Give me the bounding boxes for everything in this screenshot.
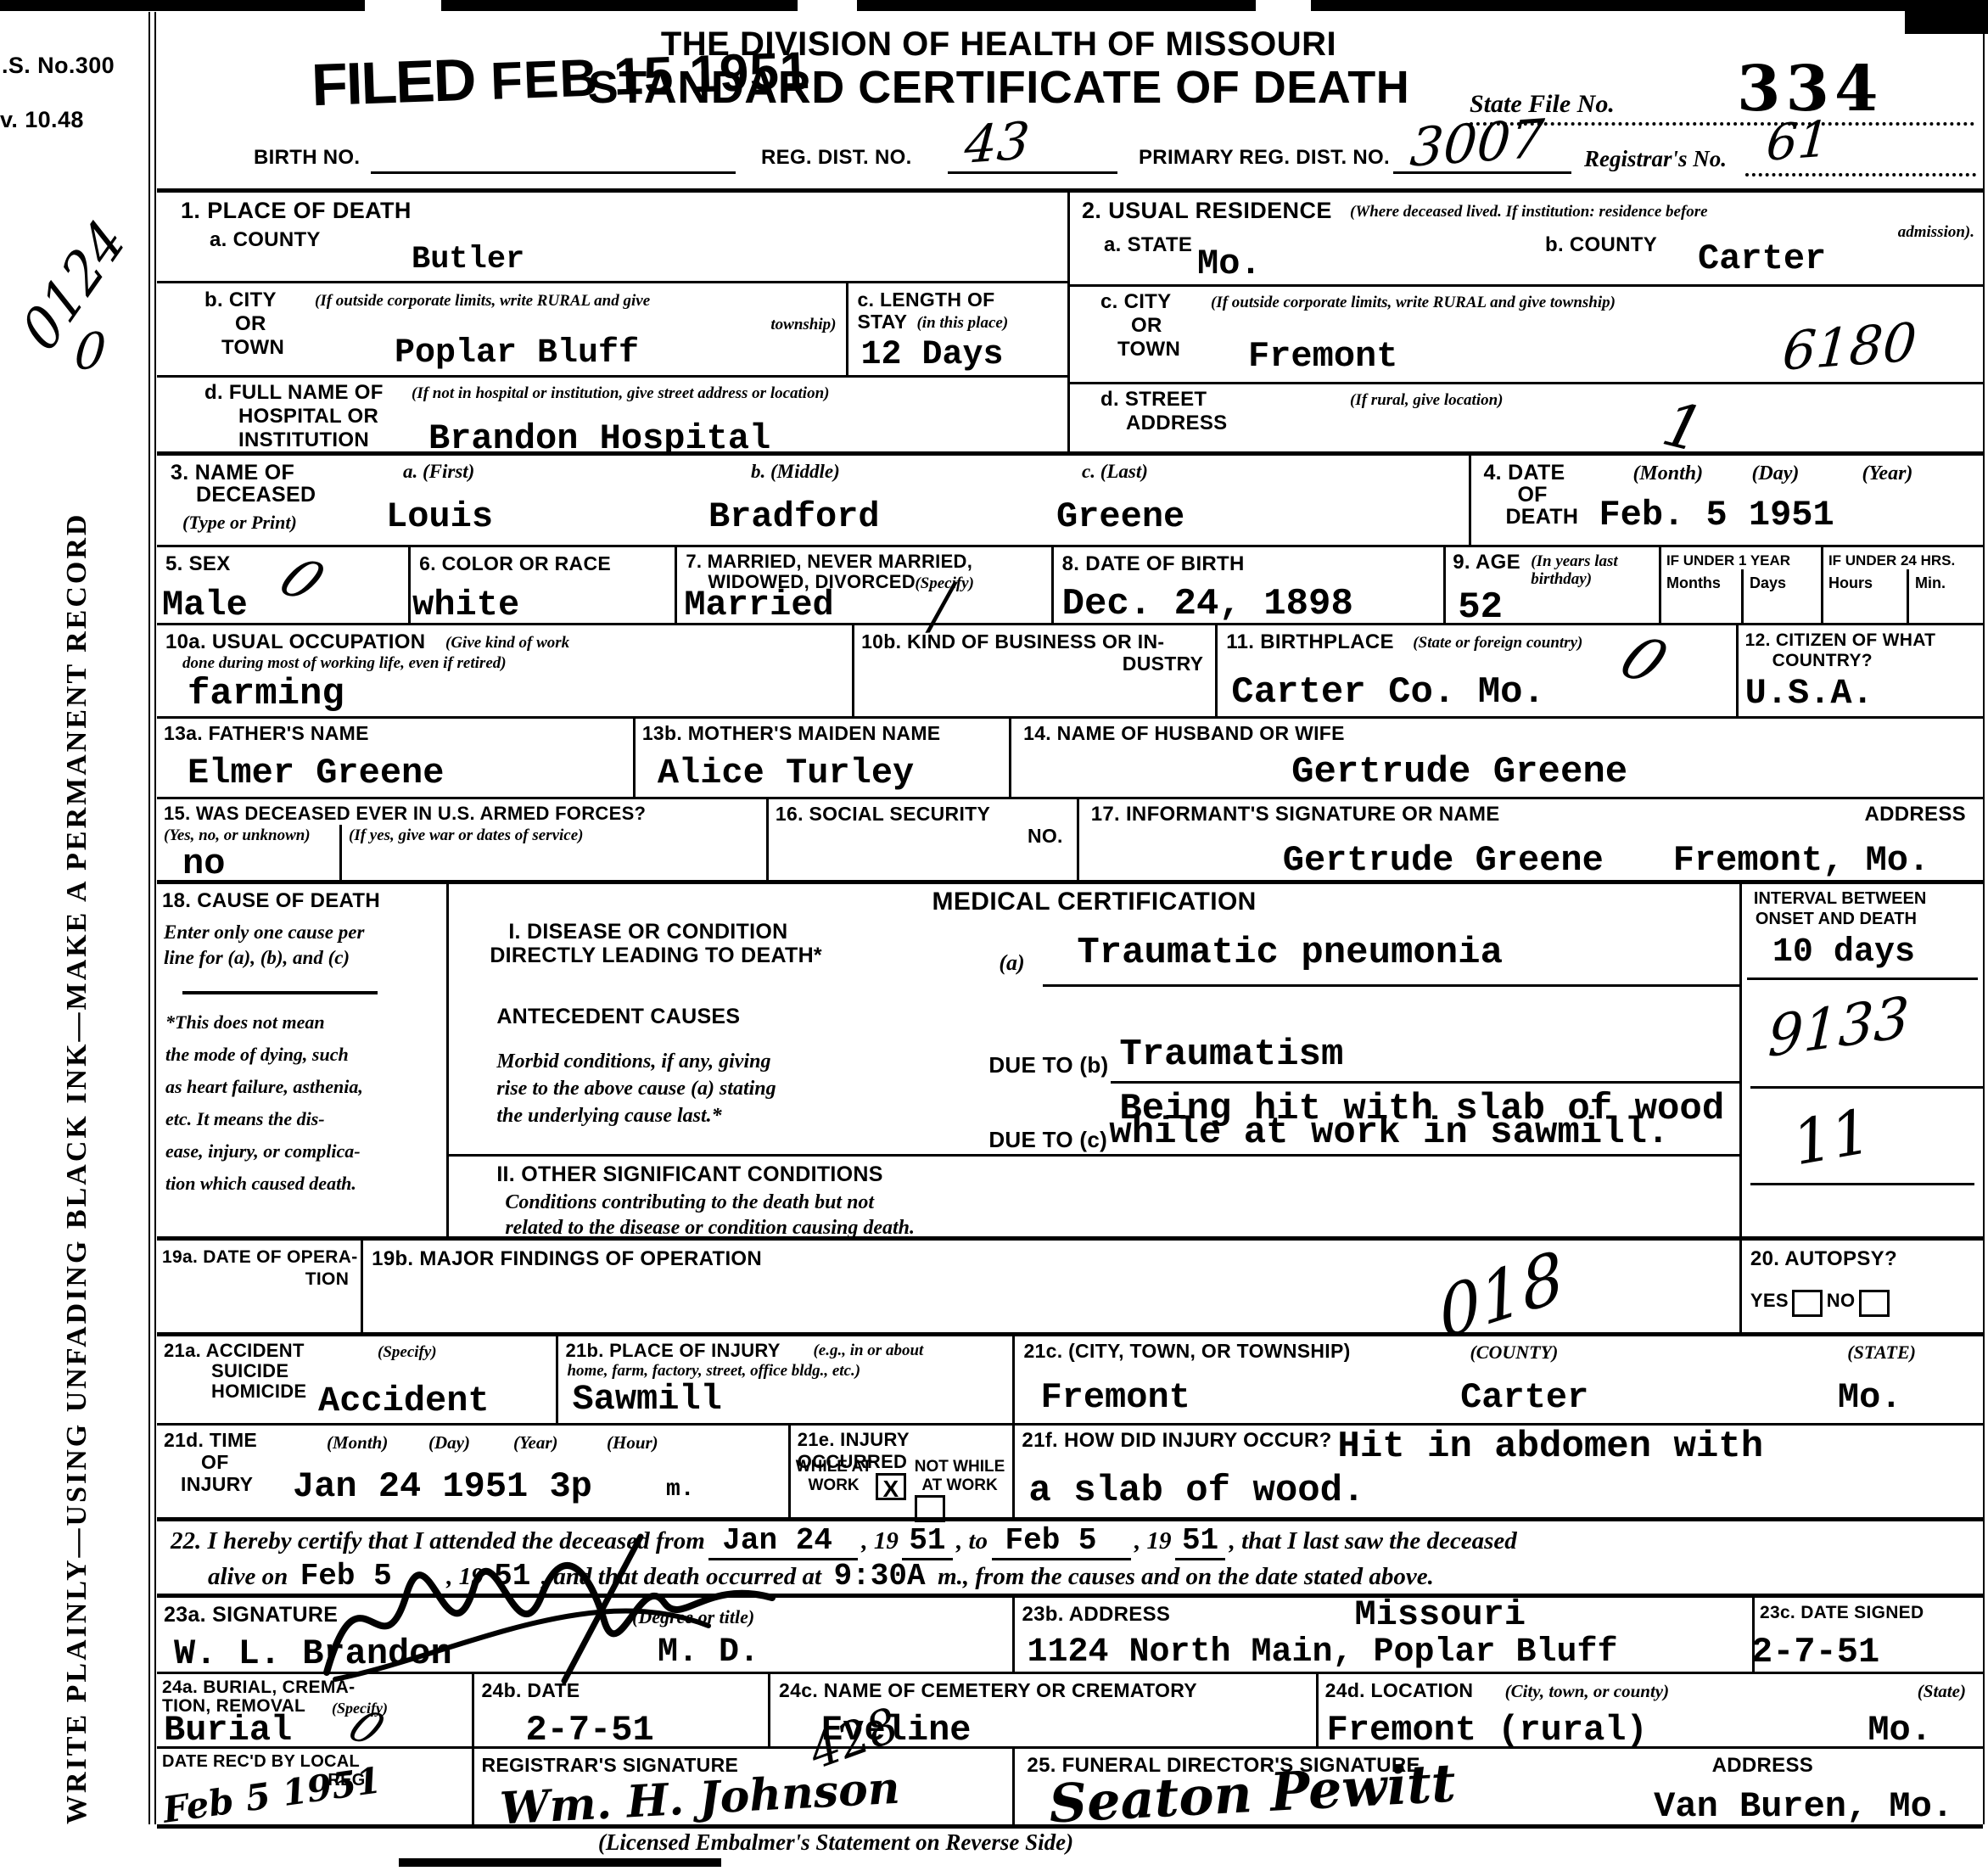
injury-county-value: Carter bbox=[1460, 1377, 1588, 1418]
section-father-name: 13a. FATHER'S NAME Elmer Greene bbox=[157, 719, 636, 797]
date-of-death-label: 4. DATE bbox=[1483, 461, 1565, 485]
dod-month-label: (Month) bbox=[1632, 462, 1703, 485]
burial-date-value: 2-7-51 bbox=[525, 1710, 653, 1751]
residence-city-handwritten: 6180 bbox=[1781, 311, 1919, 383]
informant-name-value: Gertrude Greene bbox=[1283, 840, 1604, 881]
last-name-label: c. (Last) bbox=[1082, 461, 1148, 483]
scan-artifact bbox=[0, 0, 1988, 11]
interval-a-value: 10 days bbox=[1772, 933, 1915, 972]
section-injury-location: 21c. (CITY, TOWN, OR TOWNSHIP) (COUNTY) … bbox=[1015, 1336, 1983, 1423]
section-burial: 24a. BURIAL, CREMA- TION, REMOVAL (Speci… bbox=[157, 1674, 474, 1746]
injury-state-label: (STATE) bbox=[1847, 1342, 1916, 1364]
autopsy-yes-checkbox bbox=[1792, 1290, 1823, 1317]
section-place-of-death: 1. PLACE OF DEATH a. COUNTY Butler b. CI… bbox=[157, 193, 1070, 451]
section-business-industry: 10b. KIND OF BUSINESS OR IN- DUSTRY bbox=[854, 625, 1218, 716]
autopsy-no-label: NO bbox=[1827, 1290, 1856, 1311]
street-address-label: d. STREET bbox=[1100, 388, 1207, 412]
residence-state-value: Mo. bbox=[1197, 244, 1262, 284]
form-number: .S. No.300 bbox=[2, 53, 115, 79]
burial-location-value: Fremont (rural) bbox=[1327, 1710, 1648, 1751]
father-name-value: Elmer Greene bbox=[188, 753, 444, 793]
section-spouse-name: 14. NAME OF HUSBAND OR WIFE Gertrude Gre… bbox=[1011, 719, 1983, 797]
name-deceased-label: 3. NAME OF bbox=[171, 461, 294, 485]
marital-status-value: Married bbox=[684, 585, 833, 625]
occupation-value: farming bbox=[188, 673, 344, 715]
physician-address-state: Missouri bbox=[1354, 1594, 1526, 1635]
birthplace-handwritten-mark: 0 bbox=[1609, 624, 1678, 697]
citizen-value: U.S.A. bbox=[1745, 673, 1873, 714]
sex-value: Male bbox=[162, 585, 248, 625]
injury-city-value: Fremont bbox=[1040, 1377, 1190, 1418]
reg-dist-line bbox=[948, 171, 1117, 174]
usual-residence-title: 2. USUAL RESIDENCE bbox=[1082, 198, 1332, 224]
section-date-of-operation: 19a. DATE OF OPERA- TION bbox=[157, 1241, 363, 1332]
section-place-of-injury: 21b. PLACE OF INJURY (e.g., in or about … bbox=[558, 1336, 1015, 1423]
informant-address-label: ADDRESS bbox=[1865, 803, 1966, 826]
section-date-of-death: 4. DATE OF DEATH (Month) (Day) (Year) Fe… bbox=[1471, 456, 1983, 545]
interval-c-handwritten: 11 bbox=[1787, 1095, 1876, 1179]
birthplace-value: Carter Co. Mo. bbox=[1231, 671, 1545, 714]
section-burial-date: 24b. DATE 2-7-51 bbox=[474, 1674, 770, 1746]
medical-certification-header: MEDICAL CERTIFICATION bbox=[449, 888, 1739, 916]
injury-state-value: Mo. bbox=[1838, 1377, 1902, 1418]
section-birthplace: 11. BIRTHPLACE (State or foreign country… bbox=[1218, 625, 1738, 716]
spouse-name-value: Gertrude Greene bbox=[1291, 751, 1627, 793]
time-of-injury-m: m. bbox=[666, 1476, 695, 1503]
section-medical-certification: MEDICAL CERTIFICATION I. DISEASE OR COND… bbox=[449, 884, 1742, 1236]
sex-handwritten-mark: 0 bbox=[268, 547, 335, 613]
residence-city-label: c. CITY bbox=[1100, 290, 1171, 314]
cause-a-value: Traumatic pneumonia bbox=[1077, 932, 1503, 974]
place-of-injury-value: Sawmill bbox=[572, 1379, 721, 1420]
section-registrar-signature: REGISTRAR'S SIGNATURE 428 Wm. H. Johnson bbox=[474, 1749, 1015, 1824]
section-accident-type: 21a. ACCIDENT SUICIDE HOMICIDE (Specify)… bbox=[157, 1336, 558, 1423]
section-usual-residence: 2. USUAL RESIDENCE (Where deceased lived… bbox=[1070, 193, 1983, 451]
section-injury-occurred: 21e. INJURY OCCURRED WHILE AT WORK X NOT… bbox=[791, 1426, 1016, 1517]
first-name-label: a. (First) bbox=[403, 461, 474, 483]
section-date-signed: 23c. DATE SIGNED 2-7-51 bbox=[1755, 1598, 1983, 1672]
form-title-line2: STANDARD CERTIFICATE OF DEATH bbox=[507, 61, 1491, 114]
dod-day-label: (Day) bbox=[1751, 462, 1799, 485]
injury-county-label: (COUNTY) bbox=[1470, 1342, 1558, 1364]
death-certificate-scan: .S. No.300 v. 10.48 0124 0 WRITE PLAINLY… bbox=[0, 0, 1988, 1871]
state-file-no-line bbox=[1470, 122, 1974, 126]
section-name-of-deceased: 3. NAME OF DECEASED (Type or Print) a. (… bbox=[157, 456, 1471, 545]
while-at-work-label: WHILE AT bbox=[796, 1458, 872, 1476]
section-date-of-birth: 8. DATE OF BIRTH Dec. 24, 1898 bbox=[1054, 547, 1447, 623]
birth-no-label: BIRTH NO. bbox=[254, 146, 360, 170]
not-while-at-work-label: NOT WHILE bbox=[915, 1458, 1005, 1476]
section-age: 9. AGE (In years last birthday) 52 IF UN… bbox=[1446, 547, 1983, 623]
section-burial-location: 24d. LOCATION (City, town, or county) (S… bbox=[1319, 1674, 1983, 1746]
burial-location-state-value: Mo. bbox=[1868, 1710, 1932, 1751]
certificate-form: FILED FEB 15 1951 THE DIVISION OF HEALTH… bbox=[148, 12, 1985, 1824]
filed-stamp-word: FILED bbox=[311, 47, 476, 119]
physician-address-value: 1124 North Main, Poplar Bluff bbox=[1027, 1633, 1617, 1672]
informant-address-value: Fremont, Mo. bbox=[1673, 840, 1929, 881]
section-interval: INTERVAL BETWEEN ONSET AND DEATH 10 days… bbox=[1742, 884, 1983, 1236]
date-of-death-value: Feb. 5 1951 bbox=[1599, 495, 1834, 535]
length-of-stay-label: c. LENGTH OF bbox=[857, 288, 994, 311]
form-title-line1: THE DIVISION OF HEALTH OF MISSOURI bbox=[507, 25, 1491, 64]
county-label: a. COUNTY bbox=[210, 228, 321, 252]
city-town-value: Poplar Bluff bbox=[395, 334, 639, 373]
margin-vertical-instruction: WRITE PLAINLY—USING UNFADING BLACK INK—M… bbox=[61, 513, 93, 1824]
burial-location-state-label: (State) bbox=[1918, 1681, 1966, 1702]
funeral-address-value: Van Buren, Mo. bbox=[1654, 1786, 1953, 1827]
birth-no-blank bbox=[371, 171, 736, 174]
city-town-note: (If outside corporate limits, write RURA… bbox=[315, 292, 790, 311]
section-occupation: 10a. USUAL OCCUPATION (Give kind of work… bbox=[157, 625, 854, 716]
date-signed-value: 2-7-51 bbox=[1751, 1632, 1879, 1672]
street-address-handwritten: 1 bbox=[1656, 388, 1711, 467]
form-grid: 1. PLACE OF DEATH a. COUNTY Butler b. CI… bbox=[157, 188, 1983, 1829]
primary-reg-label: PRIMARY REG. DIST. NO. bbox=[1139, 146, 1390, 170]
county-value: Butler bbox=[412, 242, 524, 277]
due-to-c-label: DUE TO (c) bbox=[988, 1127, 1107, 1153]
attended-from-year: 51 bbox=[902, 1523, 952, 1560]
not-while-at-work-checkbox bbox=[915, 1495, 945, 1522]
cause-c-value: while at work in sawmill. bbox=[1109, 1112, 1669, 1154]
section-time-of-injury: 21d. TIME OF INJURY (Month) (Day) (Year)… bbox=[157, 1426, 791, 1517]
armed-forces-value: no bbox=[182, 843, 225, 884]
physician-typed-name: W. L. Brandon bbox=[174, 1633, 452, 1674]
while-at-work-checkbox: X bbox=[876, 1473, 906, 1500]
physician-degree-value: M. D. bbox=[658, 1633, 759, 1672]
section-how-injury-occurred: 21f. HOW DID INJURY OCCUR? Hit in abdome… bbox=[1015, 1426, 1983, 1517]
residence-city-value: Fremont bbox=[1248, 336, 1397, 377]
section-funeral-director: 25. FUNERAL DIRECTOR'S SIGNATURE ADDRESS… bbox=[1015, 1749, 1983, 1824]
residence-county-value: Carter bbox=[1698, 238, 1826, 279]
time-of-injury-value: Jan 24 1951 3p bbox=[293, 1466, 592, 1507]
primary-reg-value: 3007 bbox=[1408, 107, 1547, 179]
burial-value: Burial bbox=[164, 1710, 292, 1751]
color-race-value: white bbox=[412, 585, 519, 625]
section-mother-name: 13b. MOTHER'S MAIDEN NAME Alice Turley bbox=[636, 719, 1011, 797]
section-informant: 17. INFORMANT'S SIGNATURE OR NAME ADDRES… bbox=[1079, 799, 1983, 880]
registrar-no-line bbox=[1745, 173, 1976, 176]
first-name-value: Louis bbox=[386, 496, 493, 537]
degree-title-note: (Degree or title) bbox=[632, 1606, 754, 1628]
how-injury-value2: a slab of wood. bbox=[1028, 1470, 1364, 1512]
death-time-value: 9:30A bbox=[826, 1559, 934, 1596]
section-color-race: 6. COLOR OR RACE white bbox=[411, 547, 677, 623]
embalmer-caption: (Licensed Embalmer's Statement on Revers… bbox=[157, 1829, 1515, 1856]
autopsy-no-checkbox bbox=[1859, 1290, 1890, 1317]
scan-artifact bbox=[399, 1858, 721, 1867]
mother-name-value: Alice Turley bbox=[658, 753, 914, 793]
date-of-birth-value: Dec. 24, 1898 bbox=[1062, 583, 1353, 625]
accident-type-value: Accident bbox=[318, 1381, 490, 1421]
length-of-stay-note: (in this place) bbox=[916, 314, 1008, 333]
section-date-received: DATE REC'D BY LOCAL REG. Feb 5 1951 bbox=[157, 1749, 474, 1824]
residence-city-note: (If outside corporate limits, write RURA… bbox=[1211, 294, 1805, 312]
place-of-death-title: 1. PLACE OF DEATH bbox=[181, 198, 412, 224]
primary-reg-line bbox=[1393, 171, 1571, 174]
hospital-label: d. FULL NAME OF bbox=[204, 381, 384, 405]
reg-dist-value: 43 bbox=[963, 111, 1032, 176]
age-value: 52 bbox=[1458, 586, 1503, 629]
section-sex: 5. SEX 0 Male bbox=[157, 547, 411, 623]
street-address-note: (If rural, give location) bbox=[1350, 391, 1504, 410]
how-injury-value1: Hit in abdomen with bbox=[1337, 1426, 1763, 1468]
attended-to-value: Feb 5 bbox=[992, 1523, 1131, 1560]
hospital-note: (If not in hospital or institution, give… bbox=[412, 384, 1056, 403]
residence-state-label: a. STATE bbox=[1104, 233, 1192, 257]
section-major-findings: 19b. MAJOR FINDINGS OF OPERATION 018 bbox=[363, 1241, 1742, 1332]
section-citizen: 12. CITIZEN OF WHAT COUNTRY? U.S.A. bbox=[1739, 625, 1983, 716]
attended-to-year: 51 bbox=[1175, 1523, 1225, 1560]
section-autopsy: 20. AUTOPSY? YES NO bbox=[1742, 1241, 1983, 1332]
interval-b-handwritten: 9133 bbox=[1767, 984, 1910, 1071]
handwritten-margin-code: 0124 bbox=[11, 209, 138, 363]
section-ssn: 16. SOCIAL SECURITY NO. bbox=[769, 799, 1079, 880]
residence-county-label: b. COUNTY bbox=[1545, 233, 1657, 257]
form-revision: v. 10.48 bbox=[0, 107, 84, 133]
last-name-value: Greene bbox=[1056, 496, 1184, 537]
funeral-address-label: ADDRESS bbox=[1712, 1754, 1813, 1778]
handwritten-margin-code-2: 0 bbox=[73, 321, 109, 381]
middle-name-label: b. (Middle) bbox=[751, 461, 840, 483]
section-marital-status: 7. MARRIED, NEVER MARRIED, WIDOWED, DIVO… bbox=[677, 547, 1053, 623]
autopsy-yes-label: YES bbox=[1750, 1290, 1789, 1311]
reg-dist-label: REG. DIST. NO. bbox=[761, 146, 912, 170]
length-of-stay-value: 12 Days bbox=[860, 336, 1003, 374]
city-town-label: b. CITY bbox=[204, 288, 277, 312]
section-physician-address: 23b. ADDRESS Missouri 1124 North Main, P… bbox=[1015, 1598, 1755, 1672]
section-armed-forces: 15. WAS DECEASED EVER IN U.S. ARMED FORC… bbox=[157, 799, 769, 880]
due-to-b-label: DUE TO (b) bbox=[988, 1052, 1108, 1078]
section-physician-signature: 23a. SIGNATURE (Degree or title) W. L. B… bbox=[157, 1598, 1015, 1672]
usual-residence-note: (Where deceased lived. If institution: r… bbox=[1350, 203, 1708, 221]
type-or-print-note: (Type or Print) bbox=[182, 512, 297, 534]
section-cause-of-death-notes: 18. CAUSE OF DEATH Enter only one cause … bbox=[157, 884, 449, 1236]
registrar-no-label: Registrar's No. bbox=[1584, 146, 1727, 172]
dod-year-label: (Year) bbox=[1862, 462, 1912, 485]
middle-name-value: Bradford bbox=[708, 496, 880, 537]
cause-b-value: Traumatism bbox=[1119, 1034, 1343, 1076]
hospital-value: Brandon Hospital bbox=[428, 418, 770, 459]
registrar-no-value: 61 bbox=[1765, 109, 1831, 172]
